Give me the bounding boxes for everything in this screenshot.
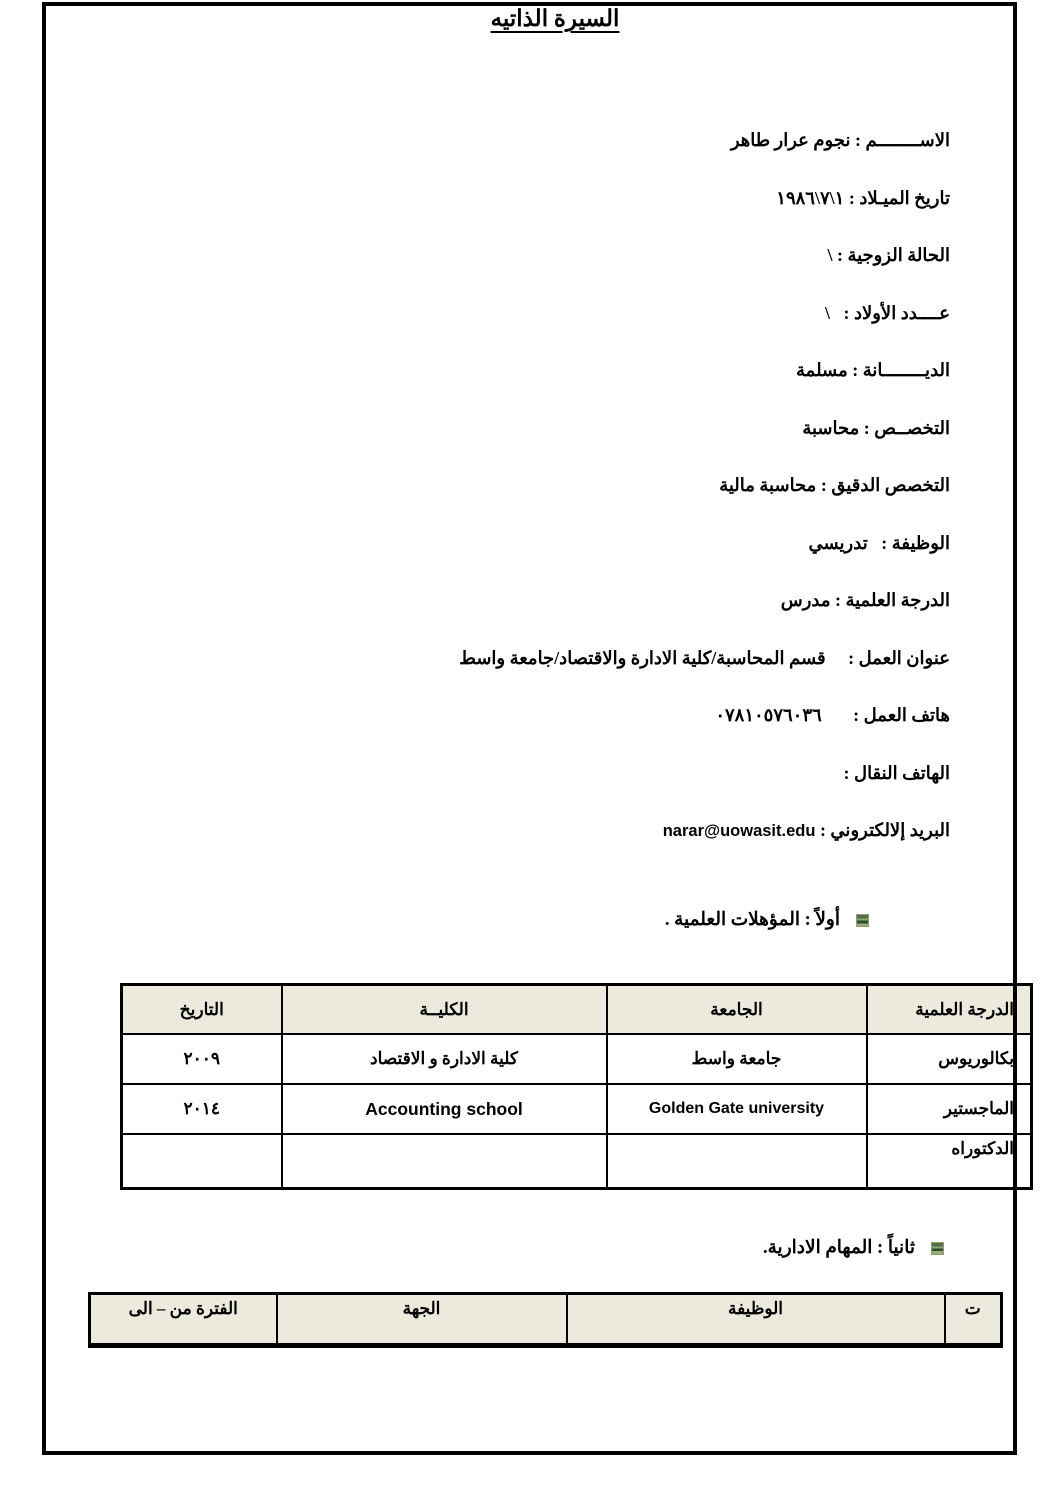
table-row-doctorate: الدكتوراه	[122, 1134, 1032, 1189]
header-college: الكليــة	[282, 985, 607, 1035]
field-mobile-phone: الهاتف النقال :	[60, 745, 950, 803]
table-row-bachelor: بكالوريوس جامعة واسط كلية الادارة و الاق…	[122, 1034, 1032, 1084]
header-date: التاريخ	[122, 985, 282, 1035]
section-heading-qualifications-text: أولاً : المؤهلات العلمية .	[665, 909, 840, 931]
field-precise-specialization: التخصص الدقيق : محاسبة مالية	[60, 457, 950, 515]
field-marital-status: الحالة الزوجية : \	[60, 227, 950, 285]
green-square-bullet-icon	[857, 915, 868, 926]
cell-college	[282, 1134, 607, 1189]
header-period: الفترة من – الى	[90, 1294, 277, 1346]
personal-info-block: الاســــــــم : نجوم عرار طاهر تاريخ الم…	[60, 112, 950, 860]
cv-document-page: { "page": { "title": "السيرة الذاتيه" },…	[0, 0, 1058, 1497]
page-title: السيرة الذاتيه	[52, 6, 1058, 32]
qualifications-table: الدرجة العلمية الجامعة الكليــة التاريخ …	[120, 983, 1033, 1190]
cell-date: ٢٠١٤	[122, 1084, 282, 1134]
cell-degree: الدكتوراه	[867, 1134, 1032, 1189]
field-religion: الديــــــــانة : مسلمة	[60, 342, 950, 400]
cell-college: كلية الادارة و الاقتصاد	[282, 1034, 607, 1084]
field-children-count: عــــدد الأولاد : \	[60, 285, 950, 343]
admin-header-row: ت الوظيفة الجهة الفترة من – الى	[90, 1294, 1002, 1346]
header-university: الجامعة	[607, 985, 867, 1035]
page-title-text: السيرة الذاتيه	[491, 6, 620, 31]
section-heading-qualifications: أولاً : المؤهلات العلمية .	[665, 903, 868, 937]
header-academic-degree: الدرجة العلمية	[867, 985, 1032, 1035]
cell-university: Golden Gate university	[607, 1084, 867, 1134]
email-label: البريد إلالكتروني :	[820, 820, 950, 840]
header-number: ت	[945, 1294, 1002, 1346]
field-work-phone: هاتف العمل : ٠٧٨١٠٥٧٦٠٣٦	[60, 687, 950, 745]
qualifications-header-row: الدرجة العلمية الجامعة الكليــة التاريخ	[122, 985, 1032, 1035]
section-heading-admin-tasks-text: ثانياً : المهام الادارية.	[763, 1237, 915, 1259]
cell-date: ٢٠٠٩	[122, 1034, 282, 1084]
table-row-masters: الماجستير Golden Gate university Account…	[122, 1084, 1032, 1134]
field-email: البريد إلالكتروني : narar@uowasit.edu	[60, 802, 950, 860]
field-work-address: عنوان العمل : قسم المحاسبة/كلية الادارة …	[60, 630, 950, 688]
cell-degree: الماجستير	[867, 1084, 1032, 1134]
header-entity: الجهة	[277, 1294, 567, 1346]
section-heading-admin-tasks: ثانياً : المهام الادارية.	[763, 1231, 943, 1265]
cell-degree: بكالوريوس	[867, 1034, 1032, 1084]
field-academic-degree: الدرجة العلمية : مدرس	[60, 572, 950, 630]
email-value: narar@uowasit.edu	[663, 822, 816, 840]
header-job: الوظيفة	[567, 1294, 945, 1346]
field-name: الاســــــــم : نجوم عرار طاهر	[60, 112, 950, 170]
field-birth-date: تاريخ الميـلاد : ١\٧\١٩٨٦	[60, 170, 950, 228]
cell-date	[122, 1134, 282, 1189]
cell-university	[607, 1134, 867, 1189]
field-job: الوظيفة : تدريسي	[60, 515, 950, 573]
green-square-bullet-icon	[932, 1243, 943, 1254]
cell-college: Accounting school	[282, 1084, 607, 1134]
field-specialization: التخصــص : محاسبة	[60, 400, 950, 458]
admin-tasks-table: ت الوظيفة الجهة الفترة من – الى	[88, 1292, 1003, 1348]
cell-university: جامعة واسط	[607, 1034, 867, 1084]
